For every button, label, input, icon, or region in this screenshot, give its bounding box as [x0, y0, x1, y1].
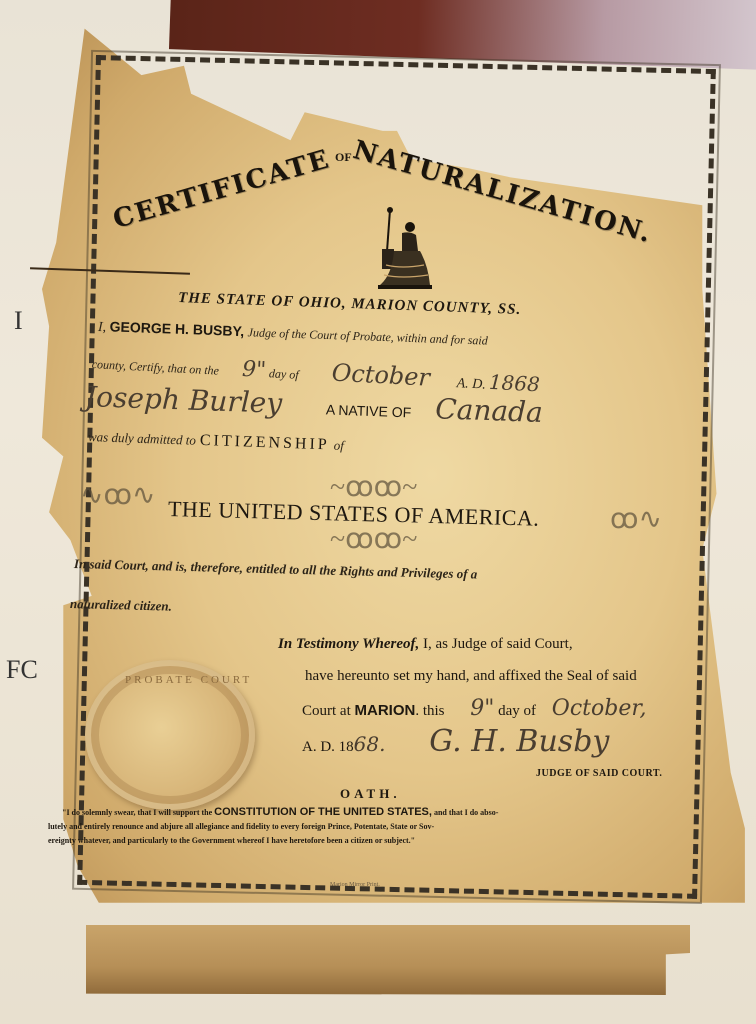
oath-constitution: CONSTITUTION OF THE UNITED STATES, — [214, 806, 432, 818]
testimony-ad-prefix: A. D. 18 — [302, 739, 354, 755]
native-of-label: A NATIVE OF — [326, 401, 412, 420]
background-page-letter: I — [14, 306, 23, 336]
rights-line-2: naturalized citizen. — [70, 596, 172, 615]
native-country-handwritten: Canada — [435, 392, 544, 429]
admitted-text: was duly admitted to — [88, 429, 196, 448]
printer-imprint: Marion Mirror Print. — [330, 882, 380, 888]
oath-line-2: lutely and entirely renounce and abjure … — [48, 822, 434, 831]
citizenship-of: of — [333, 438, 344, 453]
signature-title: JUDGE OF SAID COURT. — [536, 768, 662, 779]
month-handwritten: October — [331, 359, 431, 392]
testimony-month-handwritten: October, — [552, 696, 647, 721]
certificate-paper-bottom-flap — [86, 925, 690, 995]
oath-line-1: "I do solemnly swear, that I will suppor… — [62, 806, 498, 818]
oath-heading: OATH. — [340, 786, 401, 802]
flourish-right-icon: ꝏ∿ — [610, 502, 662, 536]
testimony-year-handwritten: 68. — [354, 732, 386, 756]
seal-text: PROBATE COURT — [125, 674, 252, 686]
oath-line-1-start: "I do solemnly swear, that I will suppor… — [62, 808, 212, 817]
testimony-line-2: have hereunto set my hand, and affixed t… — [305, 668, 637, 685]
testimony-day-of: day of — [498, 703, 536, 719]
testimony-this: . this — [415, 703, 444, 719]
testimony-court-at: Court at — [302, 703, 351, 719]
flourish-left-icon: ∿ꝏ∿ — [80, 478, 155, 512]
testimony-place: MARION — [355, 702, 416, 719]
day-handwritten: 9" — [241, 357, 266, 383]
oath-line-1-end: and that I do abso- — [434, 808, 498, 817]
embossed-probate-court-seal: PROBATE COURT — [85, 660, 255, 810]
oath-line-3: ereignty whatever, and particularly to t… — [48, 836, 415, 845]
judge-prefix: I, — [98, 320, 107, 335]
testimony-line-1: In Testimony Whereof, I, as Judge of sai… — [278, 636, 573, 653]
day-of-label: day of — [269, 366, 299, 382]
testimony-text-1: I, as Judge of said Court, — [423, 636, 573, 652]
judge-name: GEORGE H. BUSBY, — [109, 318, 244, 339]
testimony-day-handwritten: 9" — [470, 696, 494, 721]
person-name-handwritten: Joseph Burley — [84, 380, 282, 420]
seated-liberty-figure-icon — [372, 205, 432, 290]
flourish-top-icon: ~ꝏꝏ~ — [330, 470, 417, 504]
year-handwritten: 1868 — [488, 370, 540, 397]
citizenship-label: CITIZENSHIP — [200, 432, 330, 454]
certify-text: county, Certify, that on the — [91, 357, 219, 378]
ad-label: A. D. — [456, 376, 486, 393]
testimony-line-3: Court at MARION. this 9" day of October, — [302, 696, 646, 721]
judge-signature-handwritten: G. H. Busby — [429, 724, 609, 759]
background-page-letters: FC — [6, 655, 38, 685]
testimony-line-4: A. D. 1868. G. H. Busby — [302, 724, 609, 759]
testimony-lead: In Testimony Whereof, — [278, 636, 419, 652]
